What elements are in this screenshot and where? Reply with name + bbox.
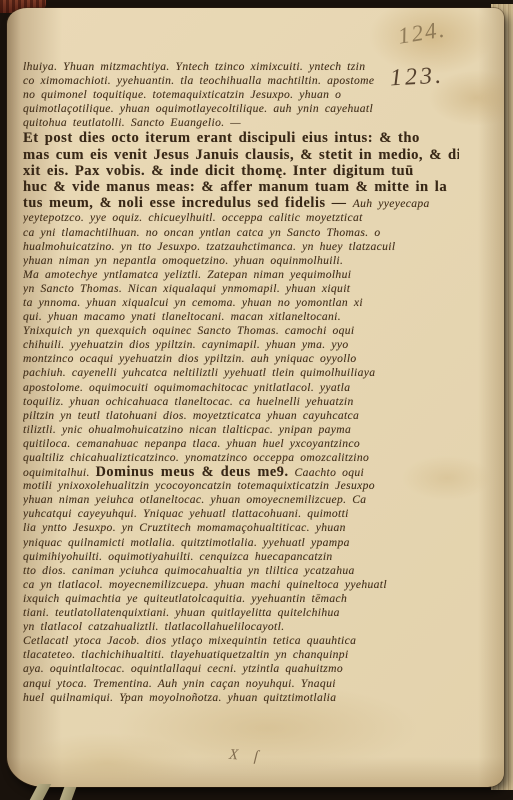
manuscript-line: no quimonel toquitique. totemaquixticatz… [23,88,459,102]
bookmark-strap [30,784,52,800]
manuscript-text: lhuiya. Yhuan mitzmachtiya. Yntech tzinc… [23,60,459,705]
manuscript-line: motili ynixoxolehualitzin ycocoyoncatzin… [23,479,459,493]
manuscript-line: ixquich quimachtia ye quiteutlatolcaquit… [23,592,459,606]
manuscript-line: quimihiyohuilti. oquimotiyahuilti. cenqu… [23,550,459,564]
manuscript-line: quitohua teutlatolli. Sancto Euangelio. … [23,116,459,130]
manuscript-line: tto dios. caniman yciuhca quimocahualtia… [23,564,459,578]
manuscript-line: yn Sancto Thomas. Nican xiqualaqui ynmom… [23,282,459,296]
manuscript-line: huc & vide manus meas: & affer manum tua… [23,179,459,195]
catchword-mark: X ſ [228,747,264,766]
manuscript-line: yhuan niman yn nepantla omoquetzino. yhu… [23,254,459,268]
manuscript-line: oquimitalhui. Dominus meus & deus me9. C… [23,465,459,479]
manuscript-line: yniquac quilnamicti motlalia. quitztimot… [23,536,459,550]
manuscript-line: ca yni tlamachtilhuan. no oncan yntlan c… [23,226,459,240]
manuscript-line: huel quilnamiqui. Ypan moyolnoñotza. yhu… [23,691,459,705]
manuscript-line: xit eis. Pax vobis. & inde dicit thomę. … [23,163,459,179]
manuscript-page: 124. 123. lhuiya. Yhuan mitzmachtiya. Yn… [7,8,504,787]
manuscript-line: co ximomachioti. yyehuantin. tla teochih… [23,74,459,88]
manuscript-line: anqui ytoca. Trementina. Auh ynin caçan … [23,677,459,691]
manuscript-line: Et post dies octo iterum erant discipuli… [23,130,459,146]
manuscript-line: toquiliz. yhuan ochicahuaca tlaneltocac.… [23,395,459,409]
manuscript-line: hualmohuicatzino. yn tto Jesuxpo. tzatza… [23,240,459,254]
folio-number-old: 124. [396,16,448,49]
manuscript-line: mas cum eis venit Jesus Januis clausis, … [23,147,459,163]
manuscript-line: quimotlaçotilique. yhuan oquimotlayecolt… [23,102,459,116]
manuscript-line: apostolome. oquimocuiti oquimomachitocac… [23,381,459,395]
manuscript-line: tlacateteo. tlachichihualtiti. tlayehuat… [23,648,459,662]
manuscript-line: qualtiliz chicahualizticatzinco. ynomatz… [23,451,459,465]
manuscript-line: lia yntto Jesuxpo. yn Cruztitech momamaç… [23,521,459,535]
manuscript-line: ca yn tlatlacol. moyecnemilizcuepa. yhua… [23,578,459,592]
manuscript-line: yn tlatlacol catzahualiztli. tlatlacolla… [23,620,459,634]
manuscript-line: Cetlacatl ytoca Jacob. dios ytlaço mixeq… [23,634,459,648]
manuscript-line: yuhcatqui cayeyuhqui. Yniquac yehuatl tl… [23,507,459,521]
bookmark-strap [60,787,77,800]
manuscript-line: piltzin yn teutl tlatohuani dios. moyetz… [23,409,459,423]
manuscript-line: tus meum, & noli esse incredulus sed fid… [23,195,459,211]
manuscript-line-segment: Caachto oqui [289,466,364,479]
manuscript-line: pachiuh. cayenelli yuhcatca neltiliztli … [23,366,459,380]
manuscript-line: Ma amotechye yntlamatca yeliztli. Zatepa… [23,268,459,282]
manuscript-line: aya. oquintlaltocac. oquintlallaqui cecn… [23,662,459,676]
manuscript-line: tiliztli. ynic ohualmohuicatzino nican t… [23,423,459,437]
manuscript-line: ta ynnoma. yhuan xiqualcui yn cemoma. yh… [23,296,459,310]
manuscript-line: qui. yhuan macamo ynati tlaneltocani. ma… [23,310,459,324]
manuscript-line-segment: tus meum, & noli esse incredulus sed fid… [23,195,353,211]
manuscript-line-segment: oquimitalhui. [23,466,96,479]
manuscript-line: lhuiya. Yhuan mitzmachtiya. Yntech tzinc… [23,60,459,74]
manuscript-line: quitiloca. cemanahuac nepanpa tlaca. yhu… [23,437,459,451]
manuscript-line: yhuan niman yeiuhca otlaneltocac. yhuan … [23,493,459,507]
manuscript-line: chihuili. yyehuatzin dios ypiltzin. cayn… [23,338,459,352]
manuscript-line: tiani. teutlatollatenquixtiani. yhuan qu… [23,606,459,620]
manuscript-line: yeytepotzco. yye oquiz. chicueylhuitl. o… [23,211,459,225]
manuscript-line-segment: Auh yyeyecapa [353,197,430,210]
manuscript-line-segment: Dominus meus & deus me9. [96,465,289,479]
manuscript-line: Ynixquich yn quexquich oquinec Sancto Th… [23,324,459,338]
manuscript-line: montzinco ocaqui yyehuatzin dios ypiltzi… [23,352,459,366]
